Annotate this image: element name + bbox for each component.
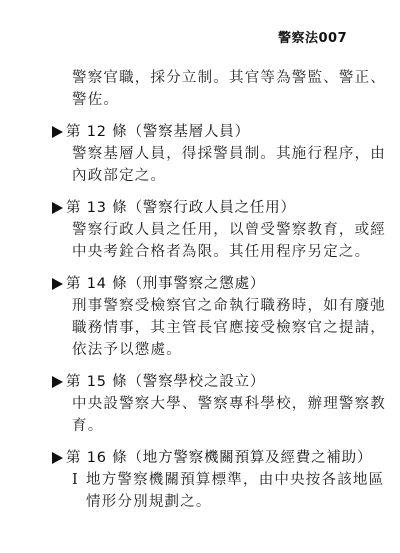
article-heading: 第 15 條（警察學校之設立）	[52, 371, 392, 393]
triangle-marker-icon	[52, 202, 63, 214]
article-text: 中央設警察大學、警察專科學校，辦理警察教育。	[72, 393, 392, 437]
article-15: 第 15 條（警察學校之設立） 中央設警察大學、警察專科學校，辦理警察教育。	[52, 371, 392, 437]
subsection-text: 地方警察機關預算標準，由中央按各該地區情形分別規劃之。	[86, 469, 392, 513]
article-text: 警察行政人員之任用，以曾受警察教育，或經中央考銓合格者為限。其任用程序另定之。	[72, 219, 392, 263]
article-13: 第 13 條（警察行政人員之任用） 警察行政人員之任用，以曾受警察教育，或經中央…	[52, 197, 392, 263]
article-16: 第 16 條（地方警察機關預算及經費之補助） I 地方警察機關預算標準，由中央按…	[52, 447, 392, 513]
article-label: 第 15 條（警察學校之設立）	[66, 371, 265, 393]
article-heading: 第 14 條（刑事警察之懲處）	[52, 273, 392, 295]
article-heading: 第 13 條（警察行政人員之任用）	[52, 197, 392, 219]
article-subsection: I 地方警察機關預算標準，由中央按各該地區情形分別規劃之。	[72, 469, 392, 513]
running-title: 警察法	[278, 31, 319, 46]
triangle-marker-icon	[52, 452, 63, 464]
article-14: 第 14 條（刑事警察之懲處） 刑事警察受檢察官之命執行職務時，如有廢弛職務情事…	[52, 273, 392, 361]
article-text: 刑事警察受檢察官之命執行職務時，如有廢弛職務情事，其主管長官應接受檢察官之提請，…	[72, 295, 392, 361]
subsection-number: I	[72, 469, 86, 513]
article-heading: 第 12 條（警察基層人員）	[52, 121, 392, 143]
article-12: 第 12 條（警察基層人員） 警察基層人員，得採警員制。其施行程序，由內政部定之…	[52, 121, 392, 187]
triangle-marker-icon	[52, 376, 63, 388]
article-heading: 第 16 條（地方警察機關預算及經費之補助）	[52, 447, 392, 469]
article-label: 第 12 條（警察基層人員）	[66, 121, 250, 143]
triangle-marker-icon	[52, 126, 63, 138]
page-number: 007	[319, 31, 348, 46]
article-label: 第 13 條（警察行政人員之任用）	[66, 197, 296, 219]
running-header: 警察法007	[278, 27, 347, 46]
triangle-marker-icon	[52, 278, 63, 290]
article-label: 第 14 條（刑事警察之懲處）	[66, 273, 265, 295]
page-body: 警察官職，採分立制。其官等為警監、警正、警佐。 第 12 條（警察基層人員） 警…	[52, 67, 392, 523]
article-label: 第 16 條（地方警察機關預算及經費之補助）	[66, 447, 372, 469]
intro-paragraph: 警察官職，採分立制。其官等為警監、警正、警佐。	[72, 67, 392, 111]
article-text: 警察基層人員，得採警員制。其施行程序，由內政部定之。	[72, 143, 392, 187]
